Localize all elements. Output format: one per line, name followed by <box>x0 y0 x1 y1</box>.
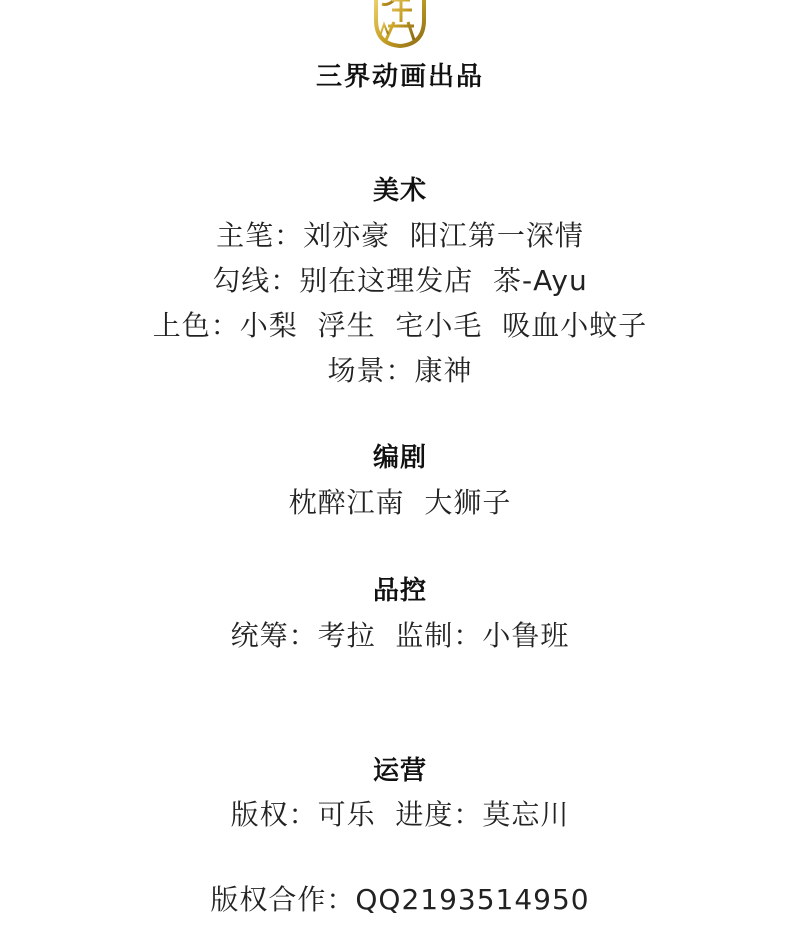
section-title-operations: 运营 <box>0 750 800 787</box>
section-title-art: 美术 <box>0 170 800 207</box>
section-title-script: 编剧 <box>0 437 800 474</box>
credit-line-lineart: 勾线：别在这理发店 茶-Ayu <box>0 259 800 299</box>
studio-name: 三界动画出品 <box>0 56 800 93</box>
credit-line-lead-artist: 主笔：刘亦豪 阳江第一深情 <box>0 214 800 254</box>
section-title-quality: 品控 <box>0 570 800 607</box>
credit-line-background: 场景：康神 <box>0 349 800 389</box>
studio-logo-icon <box>370 0 430 48</box>
credit-line-operations: 版权：可乐 进度：莫忘川 <box>0 793 800 833</box>
credit-line-coloring: 上色：小梨 浮生 宅小毛 吸血小蚊子 <box>0 304 800 344</box>
credit-line-supervision: 统筹：考拉 监制：小鲁班 <box>0 614 800 654</box>
credit-line-writers: 枕醉江南 大狮子 <box>0 481 800 521</box>
copyright-contact: 版权合作：QQ2193514950 <box>0 878 800 918</box>
